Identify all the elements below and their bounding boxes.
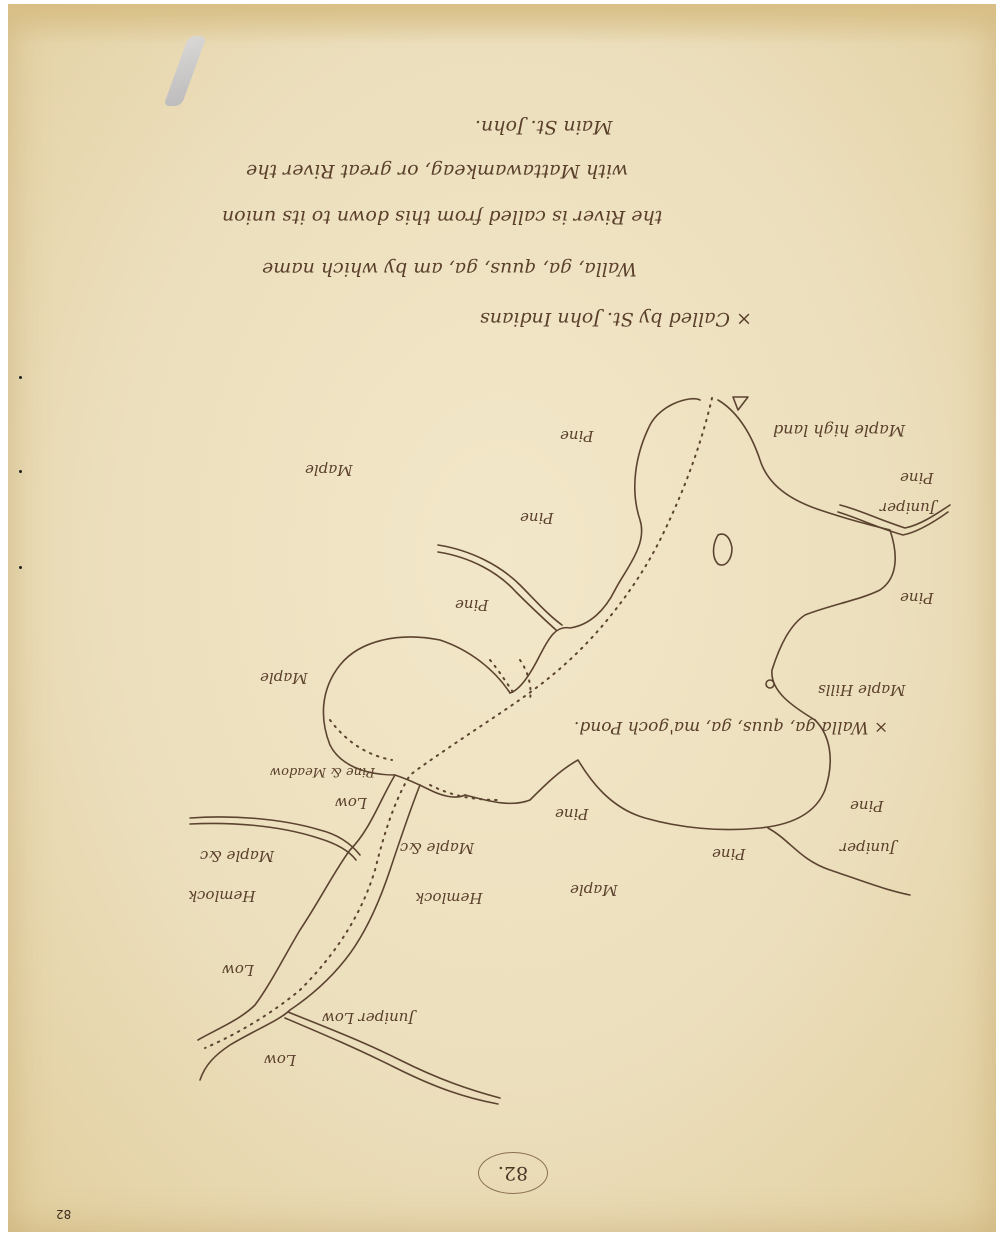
label-low-2: Low — [222, 962, 254, 977]
label-juniper-low: Juniper Low — [322, 1010, 414, 1025]
label-pine-se: Pine — [850, 798, 883, 813]
outlet-river-west — [198, 775, 395, 1040]
label-pine-river: Pine — [455, 597, 488, 612]
label-pine-south: Pine — [555, 806, 588, 821]
note-line-4: with Mattawamkeag, or great River the — [246, 160, 628, 182]
label-maple-hills: Maple Hills — [818, 682, 906, 697]
label-hemlock-1: Hemlock — [188, 888, 256, 903]
stipple-shore-3 — [430, 785, 500, 800]
small-rock — [766, 680, 774, 688]
triangle-marker — [733, 397, 748, 410]
outlet-river-east — [200, 785, 420, 1080]
corner-number: 82 — [56, 1207, 71, 1221]
label-pine-mid: Pine — [520, 510, 553, 525]
label-hemlock-2: Hemlock — [415, 890, 483, 905]
pond-name-note: × Walla ga, quus, ga, ma'goch Pond. — [574, 718, 888, 735]
page-number: 82. — [478, 1152, 548, 1194]
nw-stream-b — [438, 552, 556, 630]
margin-dot — [19, 376, 22, 379]
stipple-shore-2 — [330, 720, 392, 760]
margin-dot — [19, 470, 22, 473]
label-juniper-ne: Juniper — [880, 500, 936, 515]
stipple-shore-1 — [490, 660, 515, 695]
label-maple-etc-1: Maple &c — [200, 848, 274, 863]
margin-dot — [19, 566, 22, 569]
note-line-3: the River is called from this down to it… — [222, 206, 662, 228]
south-tributary-b — [285, 1018, 498, 1104]
note-line-2: Walla, ga, quus, ga, am by which name — [262, 258, 637, 280]
label-juniper-se: Juniper — [840, 840, 896, 855]
upper-lake-shore — [510, 399, 700, 693]
label-pine-east: Pine — [900, 590, 933, 605]
label-pine-meadow: Pine & Meadow — [270, 765, 375, 778]
note-line-1: × Called by St. John Indians — [480, 308, 752, 330]
page-number-text: 82. — [498, 1162, 528, 1184]
label-maple-etc-2: Maple &c — [400, 840, 474, 855]
label-pine-top: Pine — [560, 428, 593, 443]
label-maple-high-land: Maple high land — [773, 422, 905, 438]
label-pine-se2: Pine — [712, 846, 745, 861]
small-island — [714, 534, 733, 565]
map-drawing — [0, 0, 1000, 1235]
label-maple-nw: Maple — [305, 462, 353, 477]
label-maple-west: Maple — [260, 670, 308, 685]
label-maple-south: Maple — [570, 882, 618, 897]
label-pine-ne: Pine — [900, 470, 933, 485]
note-line-5: Main St. John. — [475, 116, 612, 138]
upper-lake-east-shore — [465, 400, 895, 830]
label-low-3: Low — [264, 1052, 296, 1067]
label-low-1: Low — [335, 795, 367, 810]
